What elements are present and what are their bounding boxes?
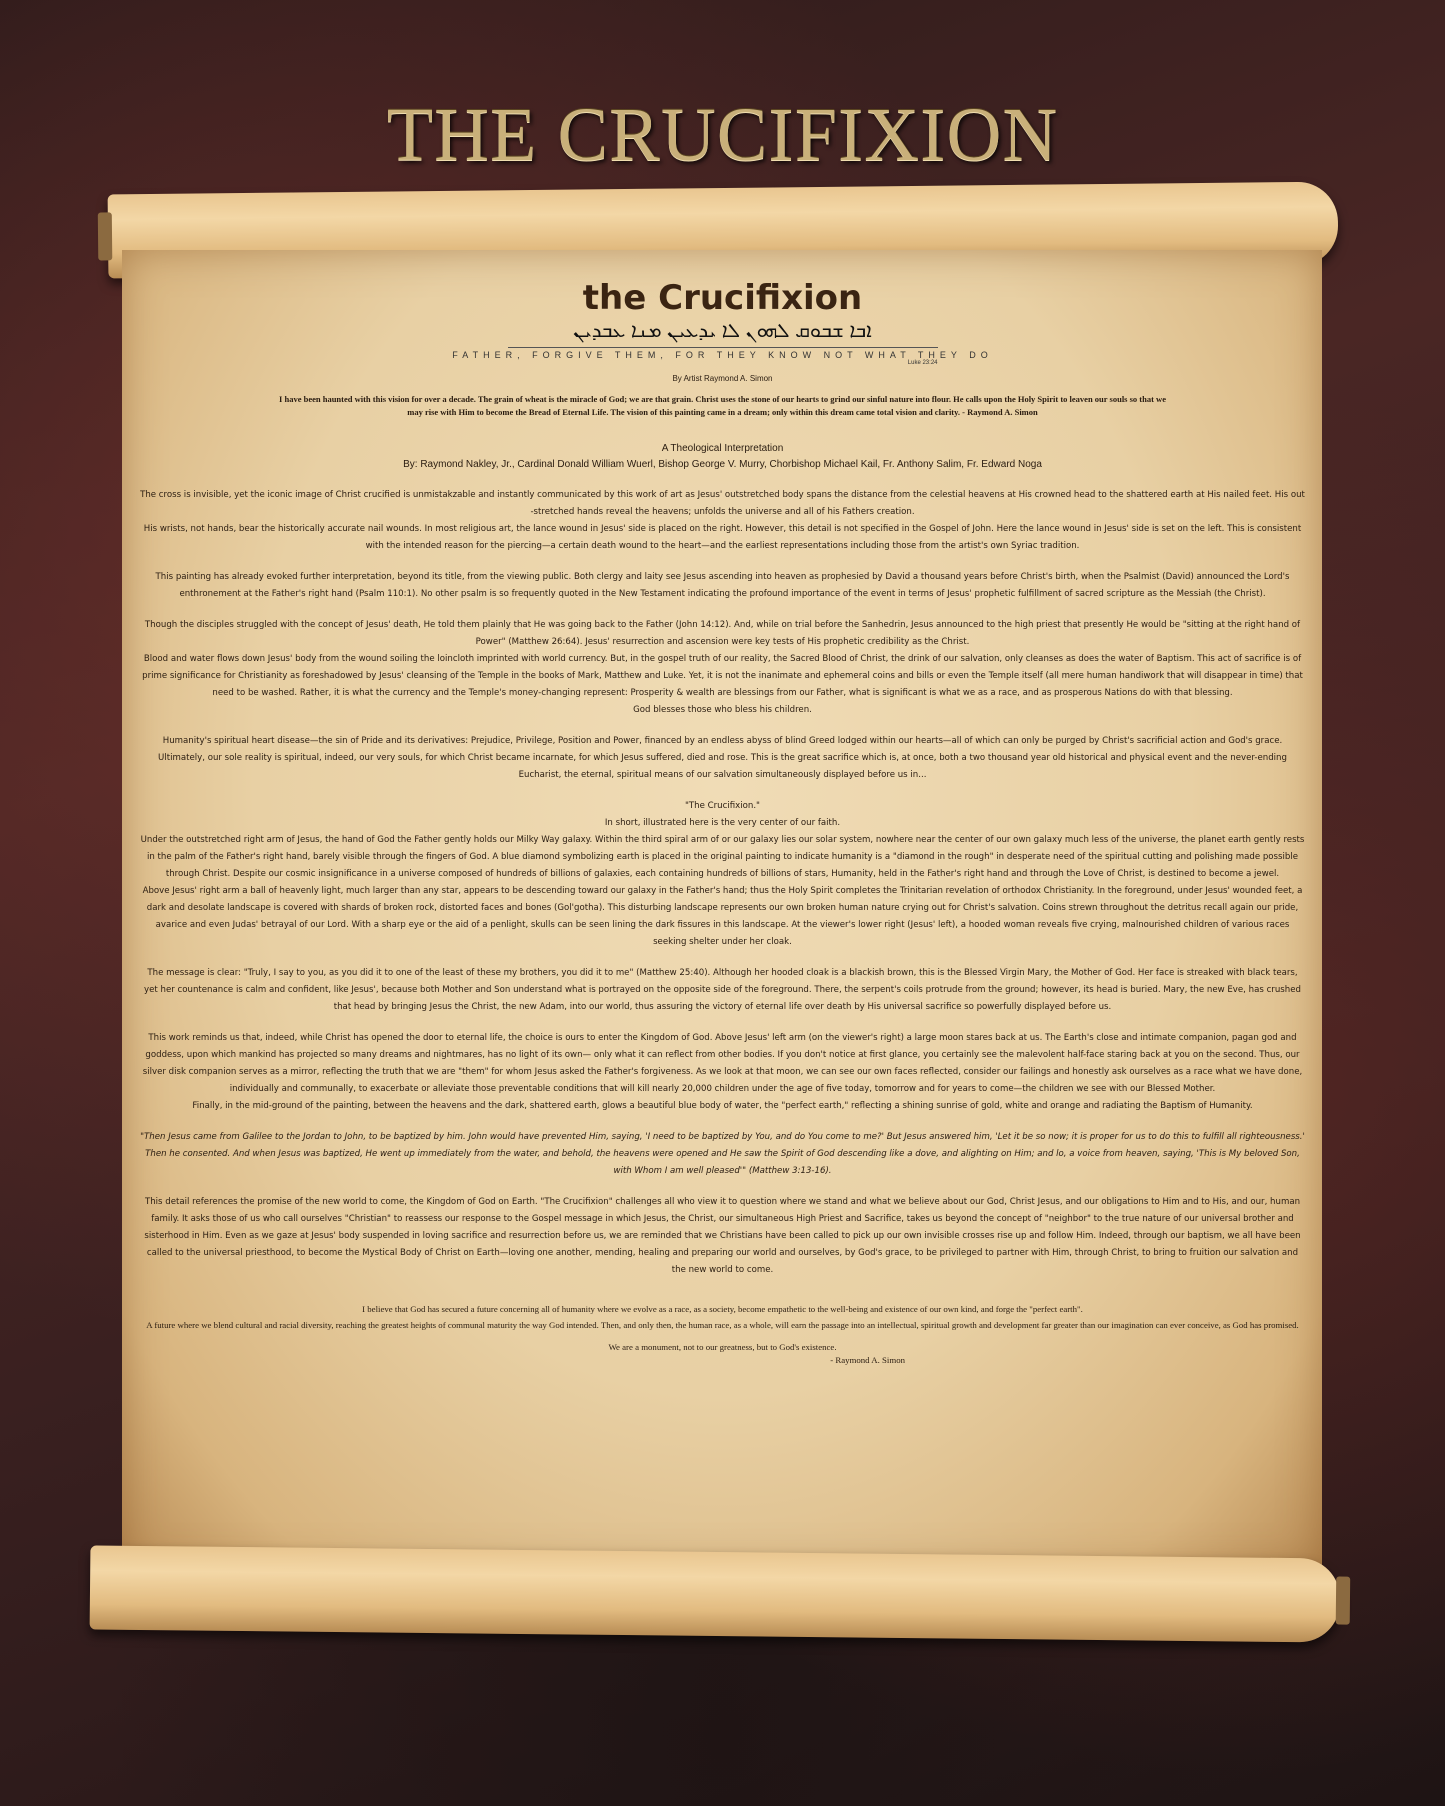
authors-line: By: Raymond Nakley, Jr., Cardinal Donald… xyxy=(140,457,1305,473)
paragraph: This detail references the promise of th… xyxy=(140,1194,1305,1279)
section-heading: A Theological Interpretation xyxy=(140,441,1305,457)
paragraph: Under the outstretched right arm of Jesu… xyxy=(140,832,1305,883)
syriac-inscription: ܐܒܐ ܫܒܘܩ ܠܗܘܢ ܠܐ ܝܕܥܝܢ ܡܢܐ ܥܒܕܝܢ xyxy=(140,320,1305,343)
artist-statement: I have been haunted with this vision for… xyxy=(273,393,1173,419)
scroll-content: the Crucifixion ܐܒܐ ܫܒܘܩ ܠܗܘܢ ܠܐ ܝܕܥܝܢ ܡ… xyxy=(140,278,1305,1365)
roll-end xyxy=(1336,1577,1351,1625)
closing-line: We are a monument, not to our greatness,… xyxy=(140,1339,1305,1355)
scripture-reference: Luke 23:24 xyxy=(508,360,938,366)
paragraph: Finally, in the mid-ground of the painti… xyxy=(140,1098,1305,1115)
poster-title: THE CRUCIFIXION xyxy=(0,92,1445,179)
artist-byline: By Artist Raymond A. Simon xyxy=(140,374,1305,383)
paragraph: Blood and water flows down Jesus' body f… xyxy=(140,651,1305,702)
closing-statement: I believe that God has secured a future … xyxy=(140,1301,1305,1355)
paragraph: This painting has already evoked further… xyxy=(140,569,1305,603)
paragraph: God blesses those who bless his children… xyxy=(140,702,1305,719)
roll-end xyxy=(98,212,113,260)
paragraph: The cross is invisible, yet the iconic i… xyxy=(140,487,1305,521)
scroll-bottom-roll xyxy=(90,1545,1341,1642)
document-title: the Crucifixion xyxy=(140,278,1305,318)
paragraph: Though the disciples struggled with the … xyxy=(140,617,1305,651)
closing-line: A future where we blend cultural and rac… xyxy=(140,1317,1305,1333)
inscription-translation: FATHER, FORGIVE THEM, FOR THEY KNOW NOT … xyxy=(140,350,1305,360)
paragraph: In short, illustrated here is the very c… xyxy=(140,815,1305,832)
scripture-quote: "Then Jesus came from Galilee to the Jor… xyxy=(140,1129,1305,1180)
paragraph: The message is clear: "Truly, I say to y… xyxy=(140,965,1305,1016)
paragraph: His wrists, not hands, bear the historic… xyxy=(140,521,1305,555)
paragraph: This work reminds us that, indeed, while… xyxy=(140,1030,1305,1098)
closing-line: I believe that God has secured a future … xyxy=(140,1301,1305,1317)
divider xyxy=(508,347,938,348)
signature: - Raymond A. Simon xyxy=(140,1355,1305,1365)
paragraph: Humanity's spiritual heart disease—the s… xyxy=(140,733,1305,784)
paragraph: Above Jesus' right arm a ball of heavenl… xyxy=(140,883,1305,951)
paragraph: "The Crucifixion." xyxy=(140,798,1305,815)
